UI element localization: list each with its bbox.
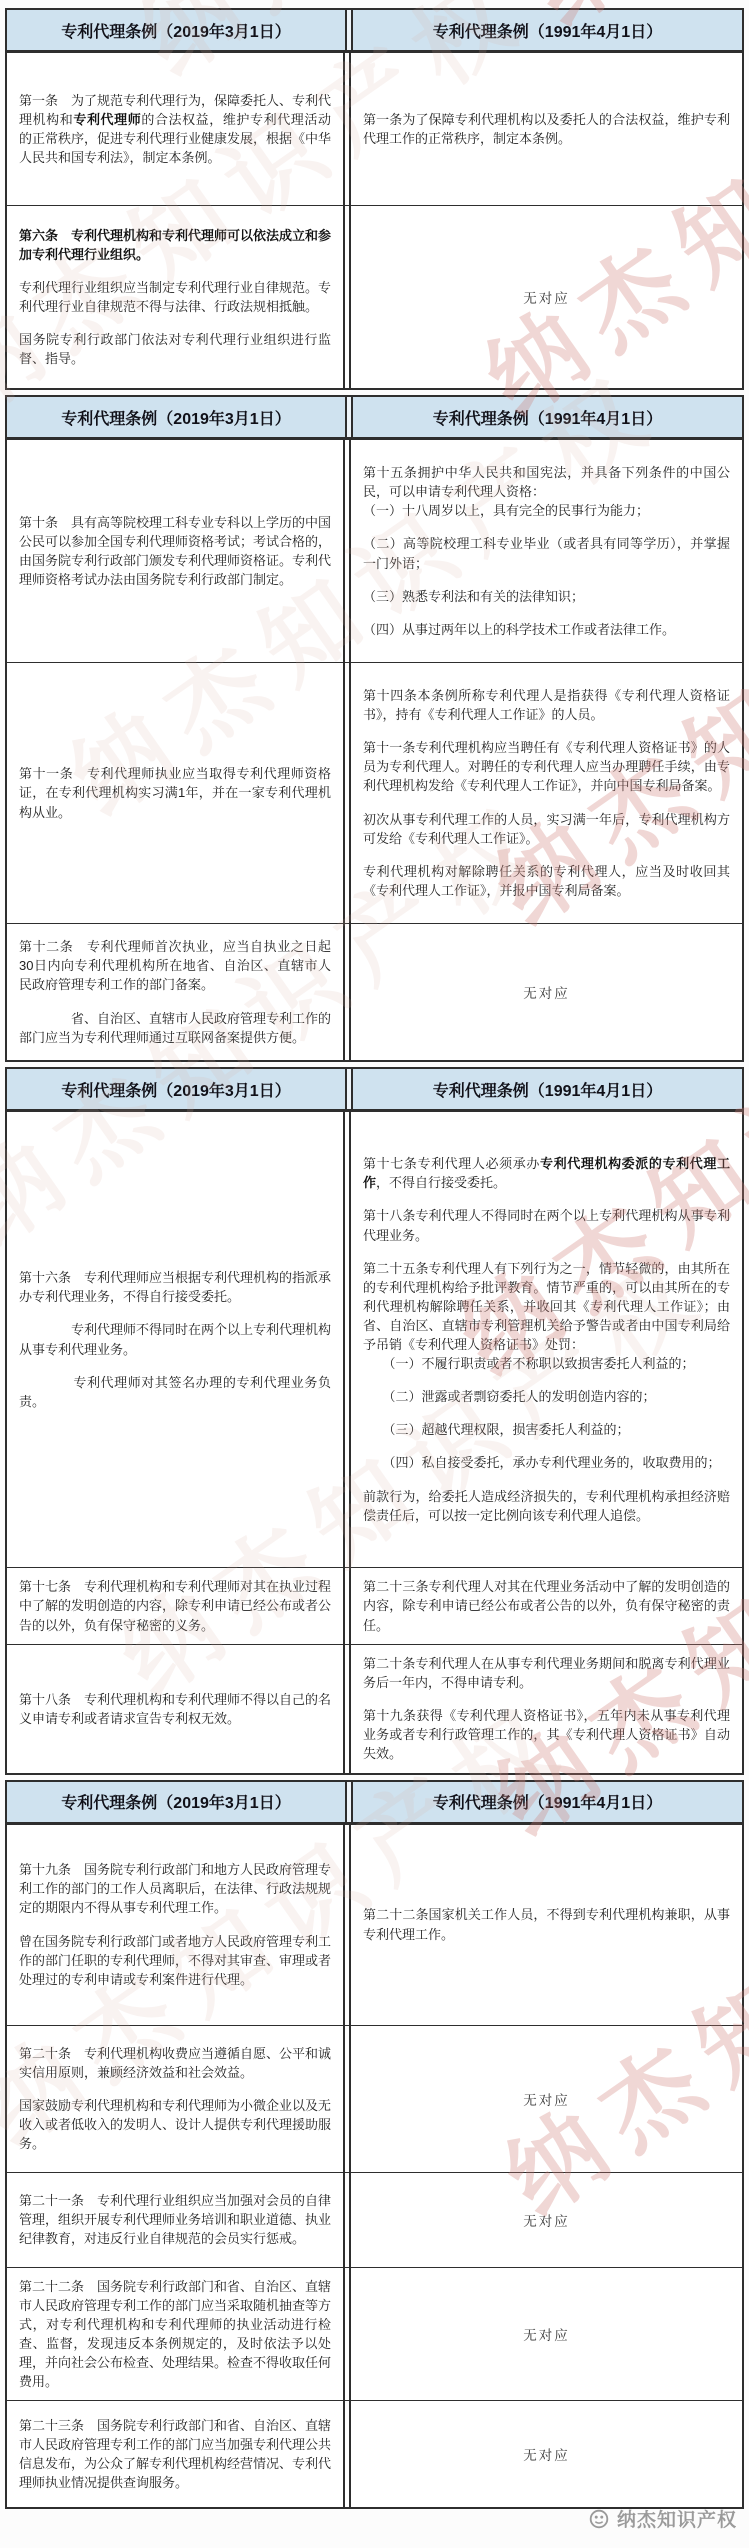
table-row: 第十一条 专利代理师执业应当取得专利代理师资格证，在专利代理机构实习满1年，并在…	[7, 662, 742, 923]
paragraph: 曾在国务院专利行政部门或者地方人民政府管理专利工作的部门任职的专利代理师，不得对…	[19, 1932, 331, 1989]
cell-1991: 第十五条拥护中华人民共和国宪法，并具备下列条件的中国公民，可以申请专利代理人资格…	[349, 440, 742, 662]
cell-2019: 第二十一条 专利代理行业组织应当加强对会员的自律管理，组织开展专利代理师业务培训…	[7, 2173, 345, 2267]
cell-1991: 第二十二条国家机关工作人员，不得到专利代理机构兼职，从事专利代理工作。	[349, 1825, 742, 2025]
table-header-row: 专利代理条例（2019年3月1日）专利代理条例（1991年4月1日）	[7, 1782, 742, 1824]
cell-2019: 第二十二条 国务院专利行政部门和省、自治区、直辖市人民政府管理专利工作的部门应当…	[7, 2268, 345, 2401]
document-page: 专利代理条例（2019年3月1日）专利代理条例（1991年4月1日）第一条 为了…	[0, 0, 749, 2548]
paragraph: 第十七条专利代理人必须承办专利代理机构委派的专利代理工作，不得自行接受委托。	[363, 1154, 730, 1192]
paragraph: 第十四条本条例所称专利代理人是指获得《专利代理人资格证书》，持有《专利代理人工作…	[363, 686, 730, 724]
paragraph: （三）熟悉专利法和有关的法律知识；	[363, 587, 730, 606]
cell-2019: 第十八条 专利代理机构和专利代理师不得以自己的名义申请专利或者请求宣告专利权无效…	[7, 1645, 345, 1773]
paragraph: 第一条 为了规范专利代理行为，保障委托人、专利代理机构和专利代理师的合法权益，维…	[19, 91, 331, 167]
cell-1991: 第二十条专利代理人在从事专利代理业务期间和脱离专利代理业务后一年内，不得申请专利…	[349, 1645, 742, 1773]
cell-2019: 第十七条 专利代理机构和专利代理师对其在执业过程中了解的发明创造的内容，除专利申…	[7, 1568, 345, 1644]
paragraph: 第二十二条国家机关工作人员，不得到专利代理机构兼职，从事专利代理工作。	[363, 1905, 730, 1943]
column-header-1991: 专利代理条例（1991年4月1日）	[351, 10, 742, 50]
paragraph: 专利代理机构对解除聘任关系的专利代理人，应当及时收回其《专利代理人工作证》，并报…	[363, 862, 730, 900]
brand-footer: 纳杰知识产权	[587, 2505, 737, 2532]
no-match-cell: 无对应	[349, 2268, 742, 2401]
table-row: 第十六条 专利代理师应当根据专利代理机构的指派承办专利代理业务，不得自行接受委托…	[7, 1111, 742, 1567]
paragraph: 前款行为，给委托人造成经济损失的，专利代理机构承担经济赔偿责任后，可以按一定比例…	[363, 1487, 730, 1525]
paragraph: 专利代理师对其签名办理的专利代理业务负责。	[19, 1373, 331, 1411]
comparison-table: 专利代理条例（2019年3月1日）专利代理条例（1991年4月1日）第一条 为了…	[5, 8, 744, 390]
cell-2019: 第十一条 专利代理师执业应当取得专利代理师资格证，在专利代理机构实习满1年，并在…	[7, 663, 345, 923]
table-row: 第十九条 国务院专利行政部门和地方人民政府管理专利工作的部门的工作人员离职后，在…	[7, 1824, 742, 2025]
cell-2019: 第十六条 专利代理师应当根据专利代理机构的指派承办专利代理业务，不得自行接受委托…	[7, 1112, 345, 1567]
paragraph: 第二十五条专利代理人有下列行为之一，情节轻微的，由其所在的专利代理机构给予批评教…	[363, 1259, 730, 1374]
column-header-1991: 专利代理条例（1991年4月1日）	[351, 397, 742, 437]
table-header-row: 专利代理条例（2019年3月1日）专利代理条例（1991年4月1日）	[7, 397, 742, 439]
column-header-2019: 专利代理条例（2019年3月1日）	[7, 397, 347, 437]
comparison-sections: 专利代理条例（2019年3月1日）专利代理条例（1991年4月1日）第一条 为了…	[5, 8, 744, 2509]
column-header-2019: 专利代理条例（2019年3月1日）	[7, 10, 347, 50]
paragraph: （四）私自接受委托，承办专利代理业务的，收取费用的；	[363, 1453, 730, 1472]
paragraph: 第二十三条专利代理人对其在代理业务活动中了解的发明创造的内容，除专利申请已经公布…	[363, 1577, 730, 1634]
cell-1991: 第十七条专利代理人必须承办专利代理机构委派的专利代理工作，不得自行接受委托。第十…	[349, 1112, 742, 1567]
paragraph: （四）从事过两年以上的科学技术工作或者法律工作。	[363, 620, 730, 639]
brand-name: 纳杰知识产权	[617, 2505, 737, 2532]
paragraph: 第十八条专利代理人不得同时在两个以上专利代理机构从事专利代理业务。	[363, 1206, 730, 1244]
cell-2019: 第十条 具有高等院校理工科专业专科以上学历的中国公民可以参加全国专利代理师资格考…	[7, 440, 345, 662]
column-header-2019: 专利代理条例（2019年3月1日）	[7, 1782, 347, 1822]
table-row: 第二十二条 国务院专利行政部门和省、自治区、直辖市人民政府管理专利工作的部门应当…	[7, 2267, 742, 2401]
cell-1991: 第十四条本条例所称专利代理人是指获得《专利代理人资格证书》，持有《专利代理人工作…	[349, 663, 742, 923]
cell-1991: 第一条为了保障专利代理机构以及委托人的合法权益，维护专利代理工作的正常秩序，制定…	[349, 53, 742, 205]
column-header-2019: 专利代理条例（2019年3月1日）	[7, 1069, 347, 1109]
paragraph: 第一条为了保障专利代理机构以及委托人的合法权益，维护专利代理工作的正常秩序，制定…	[363, 110, 730, 148]
table-header-row: 专利代理条例（2019年3月1日）专利代理条例（1991年4月1日）	[7, 1069, 742, 1111]
cell-2019: 第十九条 国务院专利行政部门和地方人民政府管理专利工作的部门的工作人员离职后，在…	[7, 1825, 345, 2025]
cell-2019: 第二十三条 国务院专利行政部门和省、自治区、直辖市人民政府管理专利工作的部门应当…	[7, 2401, 345, 2507]
paragraph: 第十九条获得《专利代理人资格证书》，五年内未从事专利代理业务或者专利行政管理工作…	[363, 1706, 730, 1763]
paragraph: 第十一条专利代理机构应当聘任有《专利代理人资格证书》的人员为专利代理人。对聘任的…	[363, 738, 730, 795]
paragraph: 第二十条 专利代理机构收费应当遵循自愿、公平和诚实信用原则，兼顾经济效益和社会效…	[19, 2044, 331, 2082]
column-header-1991: 专利代理条例（1991年4月1日）	[351, 1069, 742, 1109]
no-match-cell: 无对应	[349, 2173, 742, 2267]
najie-logo-icon	[587, 2507, 611, 2531]
table-row: 第一条 为了规范专利代理行为，保障委托人、专利代理机构和专利代理师的合法权益，维…	[7, 52, 742, 205]
table-row: 第十二条 专利代理师首次执业，应当自执业之日起30日内向专利代理机构所在地省、自…	[7, 923, 742, 1060]
paragraph: 第二十二条 国务院专利行政部门和省、自治区、直辖市人民政府管理专利工作的部门应当…	[19, 2277, 331, 2392]
table-row: 第十七条 专利代理机构和专利代理师对其在执业过程中了解的发明创造的内容，除专利申…	[7, 1567, 742, 1644]
paragraph: 国务院专利行政部门依法对专利代理行业组织进行监督、指导。	[19, 330, 331, 368]
paragraph: 第十八条 专利代理机构和专利代理师不得以自己的名义申请专利或者请求宣告专利权无效…	[19, 1690, 331, 1728]
paragraph: （三）超越代理权限，损害委托人利益的；	[363, 1420, 730, 1439]
cell-1991: 第二十三条专利代理人对其在代理业务活动中了解的发明创造的内容，除专利申请已经公布…	[349, 1568, 742, 1644]
no-match-cell: 无对应	[349, 206, 742, 388]
paragraph: 第十五条拥护中华人民共和国宪法，并具备下列条件的中国公民，可以申请专利代理人资格…	[363, 463, 730, 520]
comparison-table: 专利代理条例（2019年3月1日）专利代理条例（1991年4月1日）第十六条 专…	[5, 1067, 744, 1775]
table-row: 第十条 具有高等院校理工科专业专科以上学历的中国公民可以参加全国专利代理师资格考…	[7, 439, 742, 662]
no-match-cell: 无对应	[349, 2401, 742, 2507]
table-row: 第二十条 专利代理机构收费应当遵循自愿、公平和诚实信用原则，兼顾经济效益和社会效…	[7, 2025, 742, 2172]
table-row: 第六条 专利代理机构和专利代理师可以依法成立和参加专利代理行业组织。专利代理行业…	[7, 205, 742, 388]
paragraph: 国家鼓励专利代理机构和专利代理师为小微企业以及无收入或者低收入的发明人、设计人提…	[19, 2096, 331, 2153]
table-row: 第二十一条 专利代理行业组织应当加强对会员的自律管理，组织开展专利代理师业务培训…	[7, 2172, 742, 2267]
paragraph: 专利代理行业组织应当制定专利代理行业自律规范。专利代理行业自律规范不得与法律、行…	[19, 278, 331, 316]
comparison-table: 专利代理条例（2019年3月1日）专利代理条例（1991年4月1日）第十九条 国…	[5, 1780, 744, 2510]
table-row: 第二十三条 国务院专利行政部门和省、自治区、直辖市人民政府管理专利工作的部门应当…	[7, 2400, 742, 2507]
no-match-cell: 无对应	[349, 924, 742, 1060]
paragraph: 省、自治区、直辖市人民政府管理专利工作的部门应当为专利代理师通过互联网备案提供方…	[19, 1009, 331, 1047]
cell-2019: 第二十条 专利代理机构收费应当遵循自愿、公平和诚实信用原则，兼顾经济效益和社会效…	[7, 2026, 345, 2172]
paragraph: 第二十条专利代理人在从事专利代理业务期间和脱离专利代理业务后一年内，不得申请专利…	[363, 1654, 730, 1692]
paragraph: 第六条 专利代理机构和专利代理师可以依法成立和参加专利代理行业组织。	[19, 226, 331, 264]
paragraph: 第十一条 专利代理师执业应当取得专利代理师资格证，在专利代理机构实习满1年，并在…	[19, 764, 331, 821]
paragraph: 专利代理师不得同时在两个以上专利代理机构从事专利代理业务。	[19, 1320, 331, 1358]
table-row: 第十八条 专利代理机构和专利代理师不得以自己的名义申请专利或者请求宣告专利权无效…	[7, 1644, 742, 1773]
column-header-1991: 专利代理条例（1991年4月1日）	[351, 1782, 742, 1822]
paragraph: 第十七条 专利代理机构和专利代理师对其在执业过程中了解的发明创造的内容，除专利申…	[19, 1577, 331, 1634]
paragraph: 第十条 具有高等院校理工科专业专科以上学历的中国公民可以参加全国专利代理师资格考…	[19, 513, 331, 589]
paragraph: 第十六条 专利代理师应当根据专利代理机构的指派承办专利代理业务，不得自行接受委托…	[19, 1268, 331, 1306]
paragraph: 第二十三条 国务院专利行政部门和省、自治区、直辖市人民政府管理专利工作的部门应当…	[19, 2416, 331, 2492]
comparison-table: 专利代理条例（2019年3月1日）专利代理条例（1991年4月1日）第十条 具有…	[5, 395, 744, 1062]
paragraph: 第十二条 专利代理师首次执业，应当自执业之日起30日内向专利代理机构所在地省、自…	[19, 937, 331, 994]
paragraph: 第十九条 国务院专利行政部门和地方人民政府管理专利工作的部门的工作人员离职后，在…	[19, 1860, 331, 1917]
paragraph: 第二十一条 专利代理行业组织应当加强对会员的自律管理，组织开展专利代理师业务培训…	[19, 2191, 331, 2248]
cell-2019: 第一条 为了规范专利代理行为，保障委托人、专利代理机构和专利代理师的合法权益，维…	[7, 53, 345, 205]
cell-2019: 第十二条 专利代理师首次执业，应当自执业之日起30日内向专利代理机构所在地省、自…	[7, 924, 345, 1060]
paragraph: （二）高等院校理工科专业毕业（或者具有同等学历），并掌握一门外语；	[363, 534, 730, 572]
paragraph: （二）泄露或者剽窃委托人的发明创造内容的；	[363, 1387, 730, 1406]
paragraph: 初次从事专利代理工作的人员，实习满一年后，专利代理机构方可发给《专利代理人工作证…	[363, 810, 730, 848]
no-match-cell: 无对应	[349, 2026, 742, 2172]
table-header-row: 专利代理条例（2019年3月1日）专利代理条例（1991年4月1日）	[7, 10, 742, 52]
cell-2019: 第六条 专利代理机构和专利代理师可以依法成立和参加专利代理行业组织。专利代理行业…	[7, 206, 345, 388]
